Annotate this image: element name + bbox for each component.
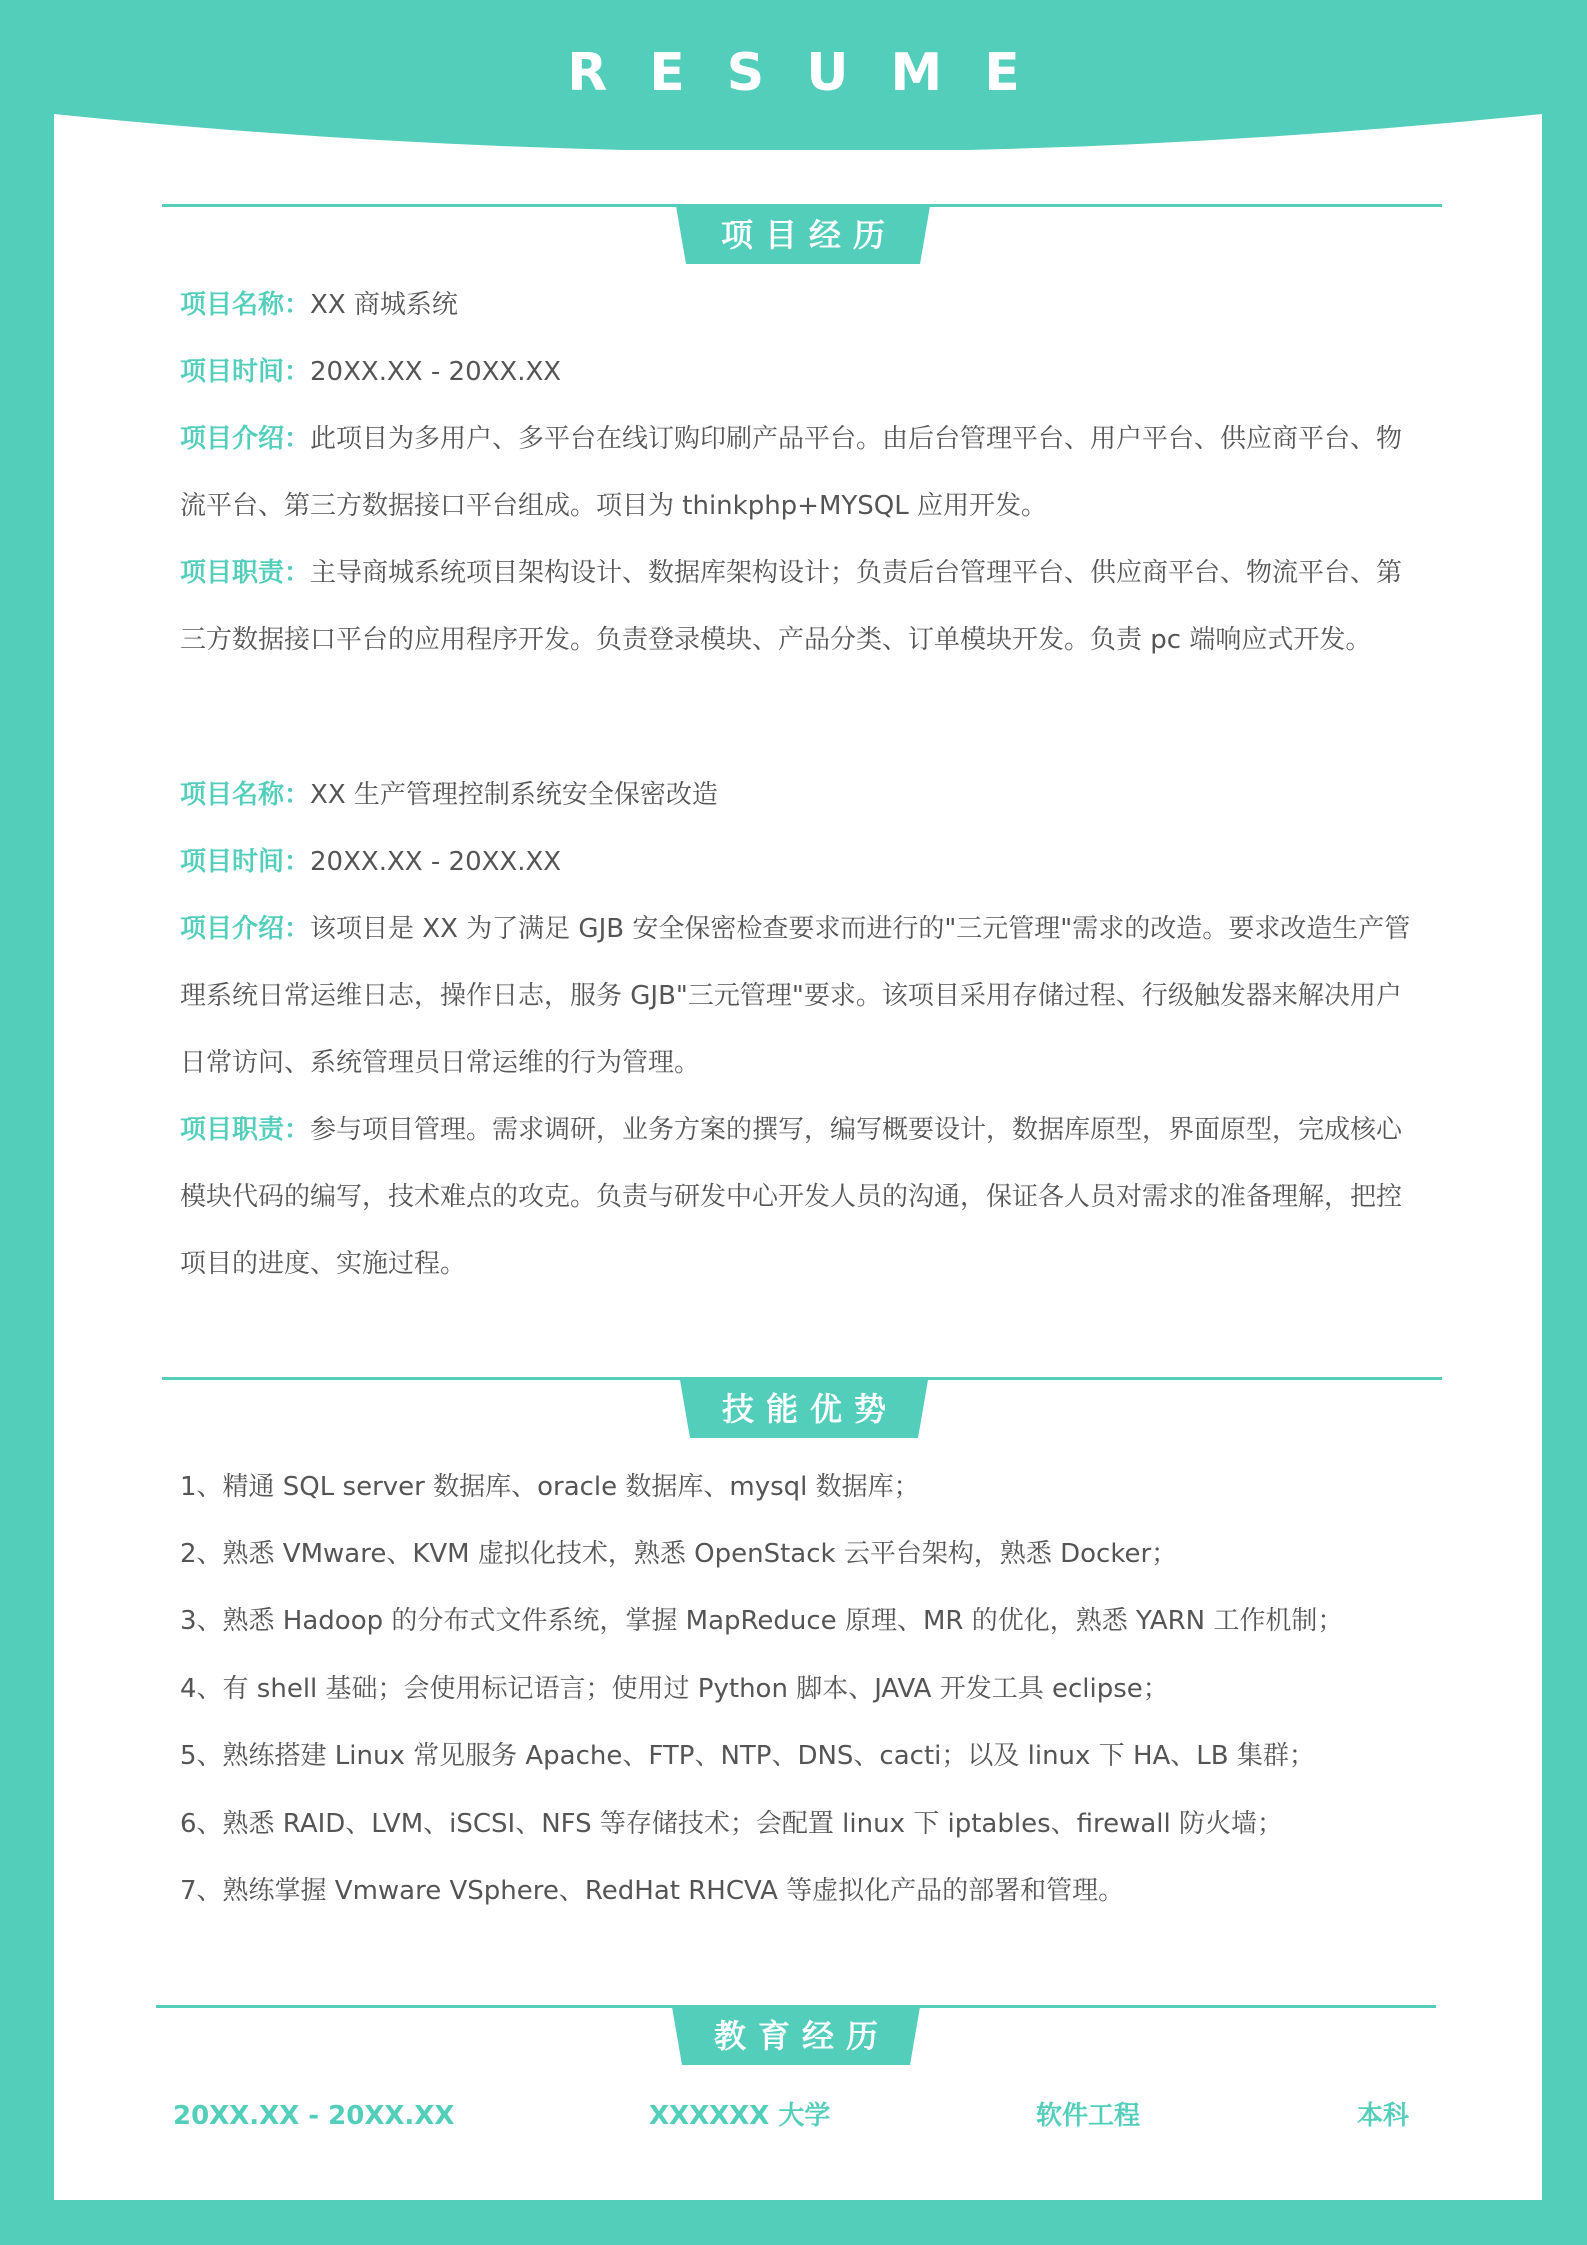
project-1-time: 项目时间：20XX.XX - 20XX.XX (180, 339, 1420, 406)
section-title-education: 教育经历 (672, 2007, 920, 2065)
project-2-intro: 项目介绍：该项目是 XX 为了满足 GJB 安全保密检查要求而进行的"三元管理"… (180, 896, 1420, 1097)
skill-item: 1、精通 SQL server 数据库、oracle 数据库、mysql 数据库… (180, 1467, 920, 1507)
section-title-projects: 项目经历 (676, 206, 930, 264)
skill-item: 2、熟悉 VMware、KVM 虚拟化技术，熟悉 OpenStack 云平台架构… (180, 1534, 1177, 1574)
project-1-name: 项目名称：XX 商城系统 (180, 272, 1420, 339)
skill-item: 3、熟悉 Hadoop 的分布式文件系统，掌握 MapReduce 原理、MR … (180, 1601, 1343, 1641)
education-degree: 本科 (1357, 2096, 1409, 2136)
project-2-time: 项目时间：20XX.XX - 20XX.XX (180, 829, 1420, 896)
skill-item: 5、熟练搭建 Linux 常见服务 Apache、FTP、NTP、DNS、cac… (180, 1736, 1315, 1776)
education-major: 软件工程 (1036, 2096, 1140, 2136)
skill-item: 7、熟练掌握 Vmware VSphere、RedHat RHCVA 等虚拟化产… (180, 1871, 1124, 1911)
education-school: XXXXXX 大学 (649, 2096, 830, 2136)
project-2-name: 项目名称：XX 生产管理控制系统安全保密改造 (180, 762, 1420, 829)
resume-title: RESUME (0, 38, 1587, 108)
skill-item: 4、有 shell 基础；会使用标记语言；使用过 Python 脚本、JAVA … (180, 1669, 1169, 1709)
project-2-duty: 项目职责：参与项目管理。需求调研，业务方案的撰写，编写概要设计，数据库原型，界面… (180, 1097, 1420, 1298)
skill-item: 6、熟悉 RAID、LVM、iSCSI、NFS 等存储技术；会配置 linux … (180, 1804, 1283, 1844)
project-1-duty: 项目职责：主导商城系统项目架构设计、数据库架构设计；负责后台管理平台、供应商平台… (180, 540, 1420, 674)
project-1-intro: 项目介绍：此项目为多用户、多平台在线订购印刷产品平台。由后台管理平台、用户平台、… (180, 406, 1420, 540)
education-period: 20XX.XX - 20XX.XX (173, 2096, 454, 2136)
section-title-skills: 技能优势 (680, 1380, 928, 1438)
